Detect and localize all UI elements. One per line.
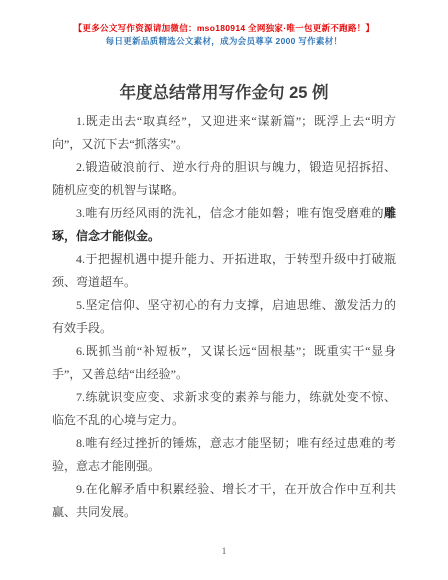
ad-header-blue-line: 每日更新品质精选公文素材，成为会员尊享 2000 写作素材！: [52, 35, 396, 48]
paragraph-segment: 5.坚定信仰、坚守初心的有力支撑，启迪思维、激发活力的有效手段。: [52, 298, 396, 335]
paragraph: 6.既抓当前“补短板”，又谋长远“固根基”；既重实干“显身手”，又善总结“出经验…: [52, 340, 396, 386]
paragraph-segment: 8.唯有经过挫折的锤炼，意志才能坚韧；唯有经过患难的考验，意志才能刚强。: [52, 436, 396, 473]
paragraph: 7.练就识变应变、求新求变的素养与能力，练就处变不惊、临危不乱的心境与定力。: [52, 386, 396, 432]
paragraph: 4.于把握机遇中提升能力、开拓进取，于转型升级中打破瓶颈、弯道超车。: [52, 248, 396, 294]
paragraph-segment: 3.唯有历经风雨的洗礼，信念才能如磐；唯有饱受磨难的: [76, 206, 384, 220]
document-page: 【更多公文写作资源请加微信：mso180914 全网独家·唯一包更新不跑路！】 …: [0, 0, 448, 580]
paragraph-segment: 7.练就识变应变、求新求变的素养与能力，练就处变不惊、临危不乱的心境与定力。: [52, 390, 396, 427]
paragraph: 1.既走出去“取真经”，又迎进来“谋新篇”；既浮上去“明方向”，又沉下去“抓落实…: [52, 110, 396, 156]
ad-header: 【更多公文写作资源请加微信：mso180914 全网独家·唯一包更新不跑路！】 …: [52, 22, 396, 48]
paragraph: 8.唯有经过挫折的锤炼，意志才能坚韧；唯有经过患难的考验，意志才能刚强。: [52, 432, 396, 478]
paragraph: 9.在化解矛盾中积累经验、增长才干，在开放合作中互利共赢、共同发展。: [52, 478, 396, 524]
paragraph-segment: 1.既走出去“取真经”，又迎进来“谋新篇”；既浮上去“明方向”，又沉下去“抓落实…: [52, 114, 396, 151]
document-body: 1.既走出去“取真经”，又迎进来“谋新篇”；既浮上去“明方向”，又沉下去“抓落实…: [52, 110, 396, 524]
paragraph: 2.锻造破浪前行、逆水行舟的胆识与魄力，锻造见招拆招、随机应变的机智与谋略。: [52, 156, 396, 202]
ad-header-red-line: 【更多公文写作资源请加微信：mso180914 全网独家·唯一包更新不跑路！】: [52, 22, 396, 35]
paragraph-segment: 9.在化解矛盾中积累经验、增长才干，在开放合作中互利共赢、共同发展。: [52, 482, 396, 519]
paragraph-segment: 2.锻造破浪前行、逆水行舟的胆识与魄力，锻造见招拆招、随机应变的机智与谋略。: [52, 160, 396, 197]
paragraph-segment: 4.于把握机遇中提升能力、开拓进取，于转型升级中打破瓶颈、弯道超车。: [52, 252, 396, 289]
paragraph-segment: 6.既抓当前“补短板”，又谋长远“固根基”；既重实干“显身手”，又善总结“出经验…: [52, 344, 396, 381]
paragraph: 5.坚定信仰、坚守初心的有力支撑，启迪思维、激发活力的有效手段。: [52, 294, 396, 340]
page-title: 年度总结常用写作金句 25 例: [52, 82, 396, 104]
paragraph: 3.唯有历经风雨的洗礼，信念才能如磐；唯有饱受磨难的雕琢，信念才能似金。: [52, 202, 396, 248]
page-number: 1: [0, 546, 448, 556]
